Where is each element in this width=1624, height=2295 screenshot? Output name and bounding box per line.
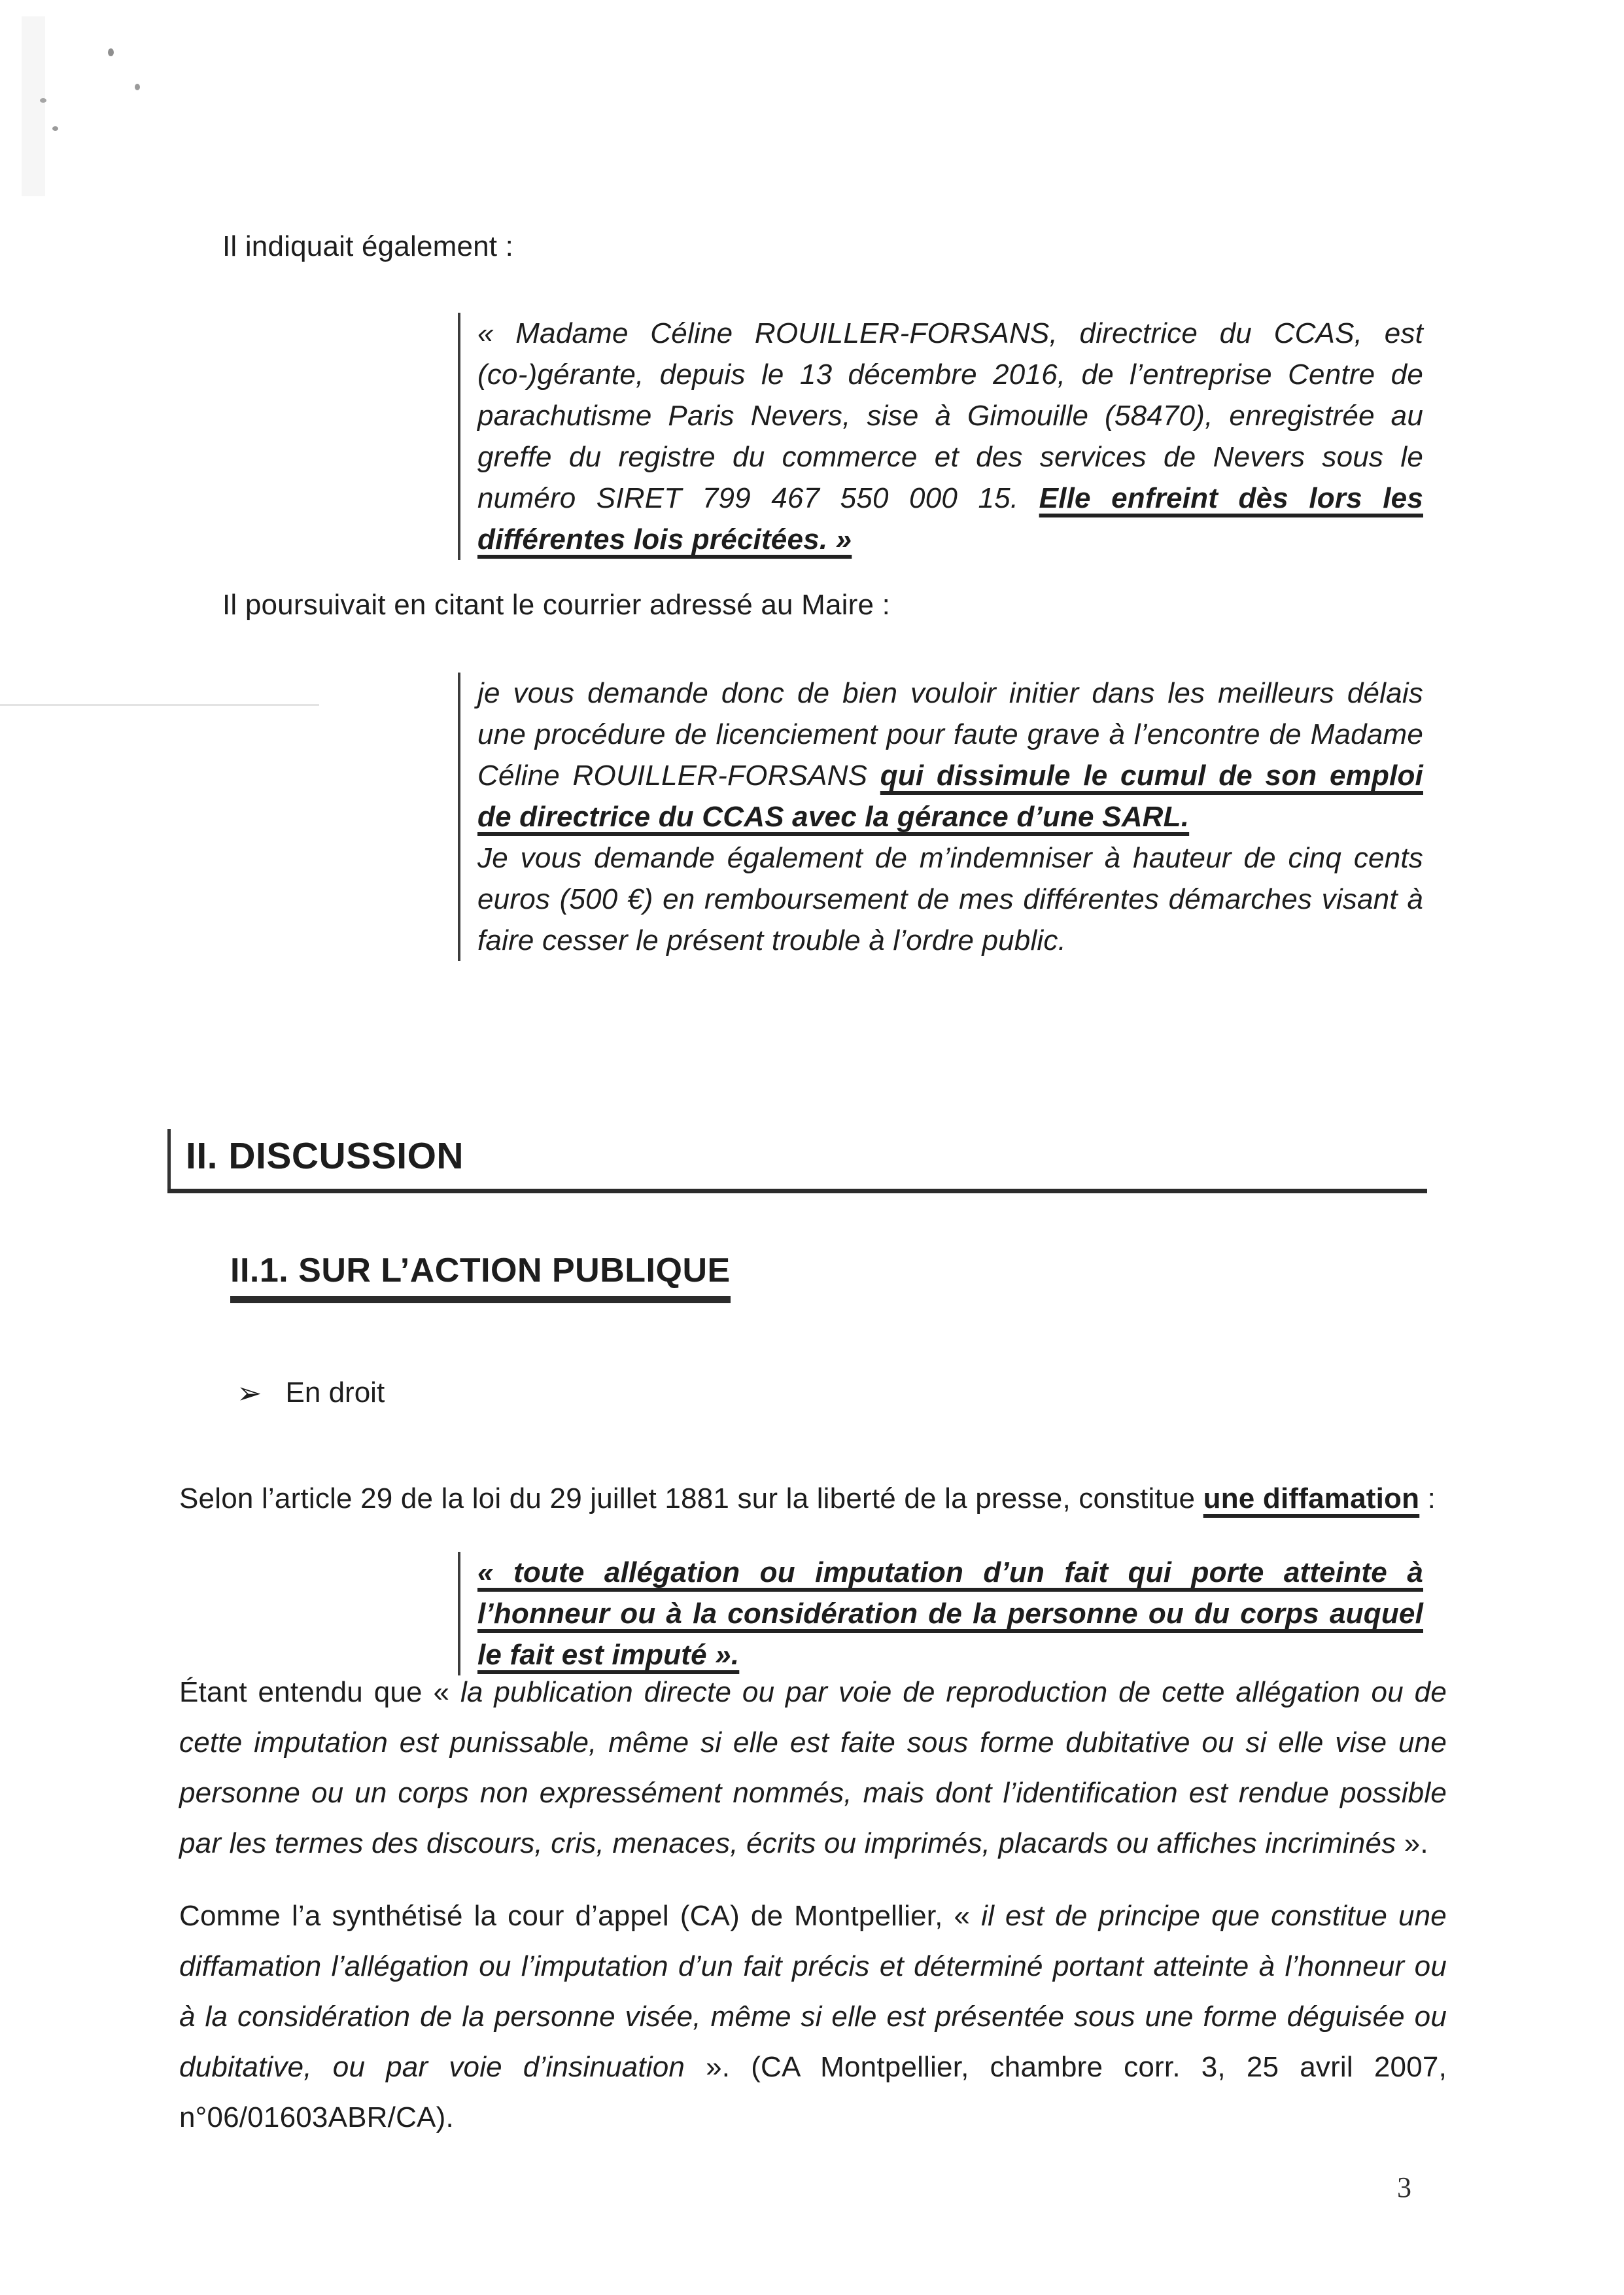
intro-line-1: Il indiquait également : [222, 230, 513, 263]
paragraph-article-29-text: Selon l’article 29 de la loi du 29 juill… [179, 1482, 1203, 1515]
quote-block-1: « Madame Céline ROUILLER-FORSANS, direct… [458, 313, 1423, 560]
bullet-en-droit: ➢ En droit [237, 1376, 385, 1409]
paragraph-etant-entendu-prefix: Étant entendu que « [179, 1676, 460, 1708]
document-page: Il indiquait également : « Madame Céline… [0, 0, 1624, 2295]
scan-artifact-line [0, 704, 319, 706]
paragraph-etant-entendu-suffix: ». [1396, 1827, 1428, 1859]
paragraph-article-29-colon: : [1419, 1482, 1436, 1515]
scan-speck [108, 48, 114, 56]
arrow-bullet-icon: ➢ [237, 1378, 262, 1408]
section-heading-vertical-line [167, 1129, 171, 1192]
intro-line-2: Il poursuivait en citant le courrier adr… [222, 589, 890, 622]
quote-2-paragraph-2: Je vous demande également de m’indemnise… [477, 837, 1423, 961]
scan-speck [40, 98, 46, 103]
scan-speck [52, 126, 58, 131]
quote-3-text: « toute allégation ou imputation d’un fa… [477, 1552, 1423, 1675]
bullet-label: En droit [286, 1376, 385, 1409]
diffamation-emphasis: une diffamation [1203, 1482, 1420, 1515]
quote-block-3: « toute allégation ou imputation d’un fa… [458, 1552, 1423, 1675]
paragraph-etant-entendu: Étant entendu que « la publication direc… [179, 1667, 1447, 1868]
quote-2-paragraph-1: je vous demande donc de bien vouloir ini… [477, 673, 1423, 837]
quote-1-text: « Madame Céline ROUILLER-FORSANS, direct… [477, 313, 1423, 560]
section-heading-rule [167, 1189, 1427, 1193]
subsection-heading: II.1. SUR L’ACTION PUBLIQUE [230, 1251, 731, 1303]
paragraph-cour-appel-prefix: Comme l’a synthétisé la cour d’appel (CA… [179, 1900, 981, 1932]
paragraph-cour-appel: Comme l’a synthétisé la cour d’appel (CA… [179, 1891, 1447, 2143]
section-heading: II. DISCUSSION [186, 1134, 464, 1178]
scan-artifact-strip [22, 16, 45, 196]
paragraph-article-29: Selon l’article 29 de la loi du 29 juill… [179, 1473, 1442, 1524]
page-number: 3 [1397, 2171, 1411, 2204]
scan-speck [135, 84, 140, 90]
quote-block-2: je vous demande donc de bien vouloir ini… [458, 673, 1423, 961]
